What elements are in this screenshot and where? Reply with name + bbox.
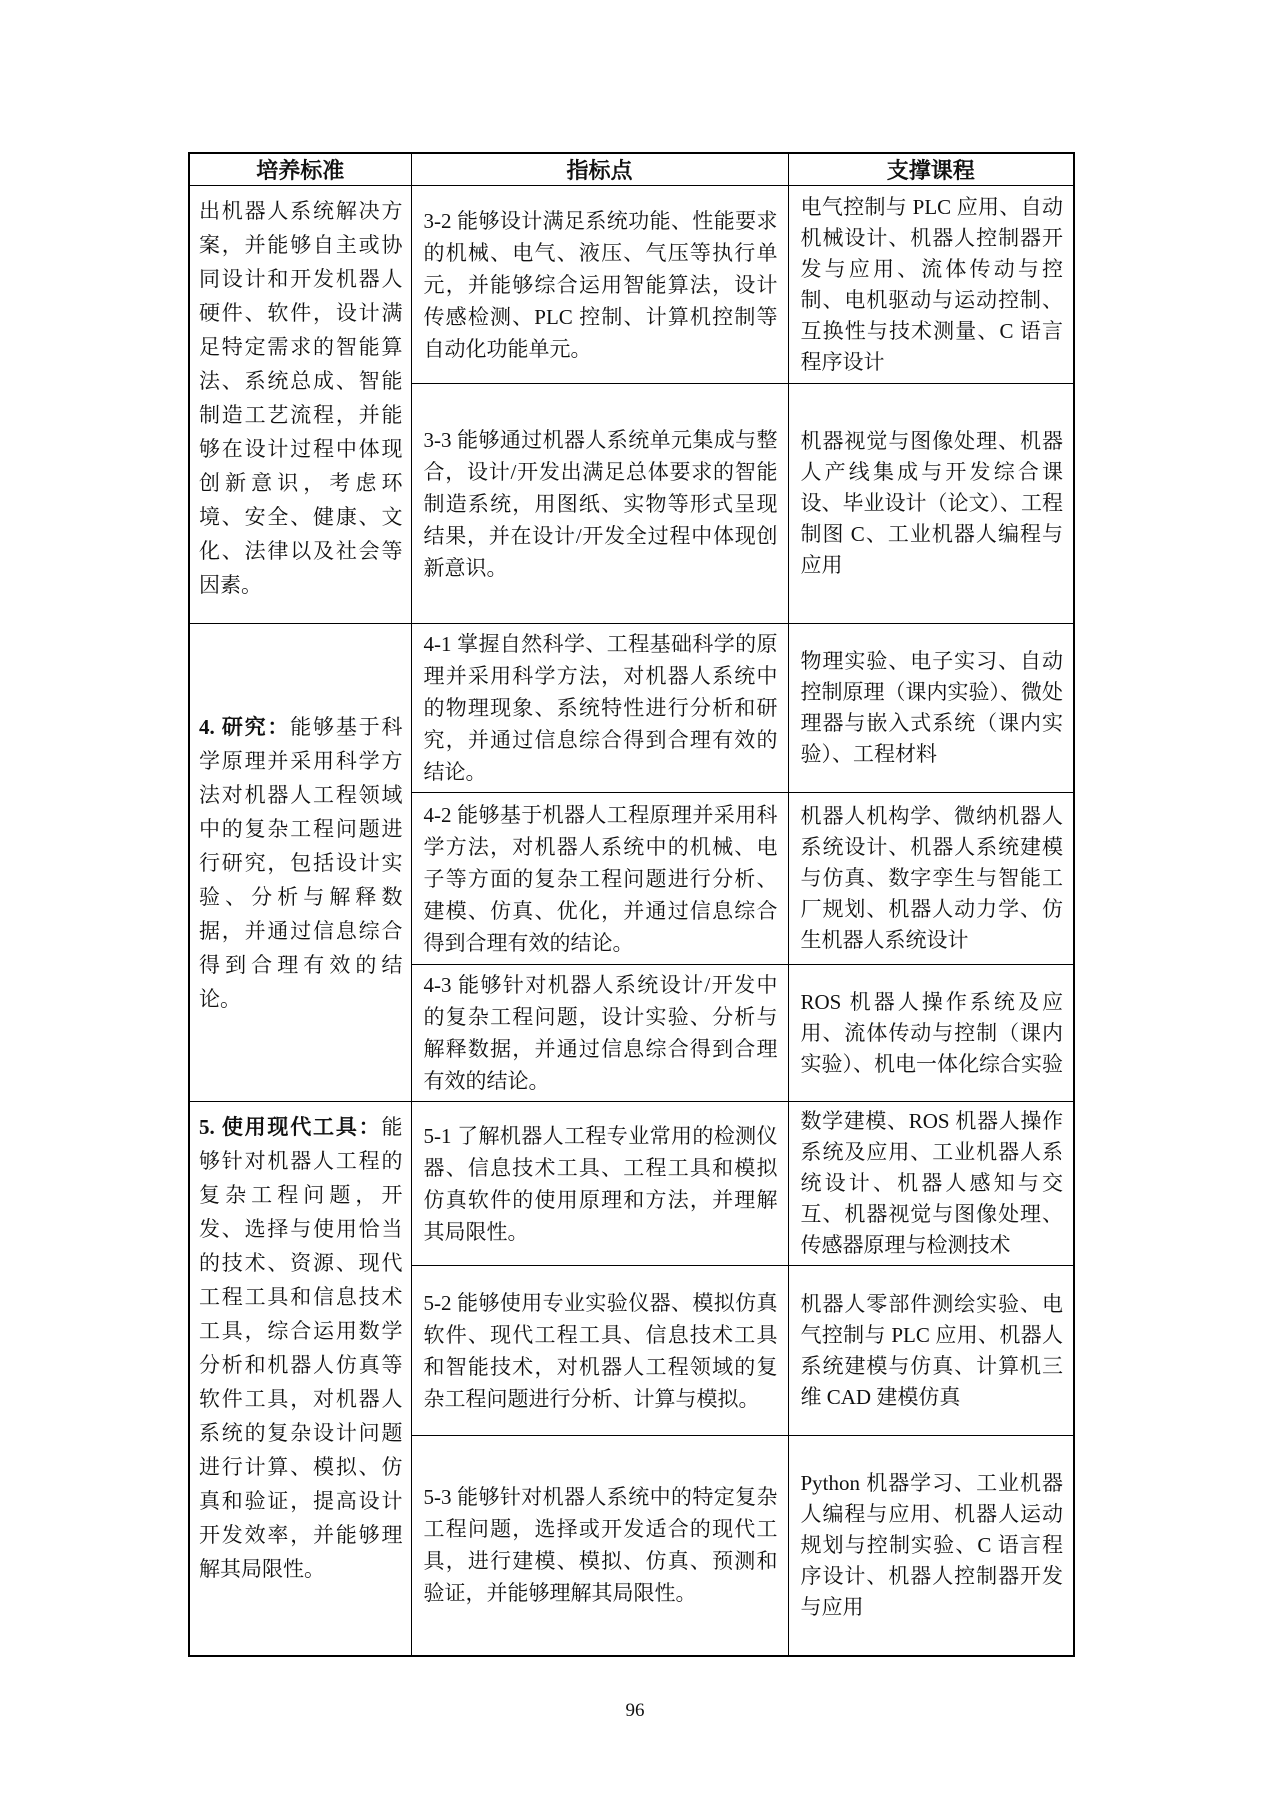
courses-cell-3-3: 机器视觉与图像处理、机器人产线集成与开发综合课设、毕业设计（论文）、工程制图 C…: [788, 384, 1074, 624]
column-header-indicator: 指标点: [411, 153, 788, 186]
column-header-courses: 支撑课程: [788, 153, 1074, 186]
courses-cell-4-1: 物理实验、电子实习、自动控制原理（课内实验）、微处理器与嵌入式系统（课内实验）、…: [788, 624, 1074, 793]
table-row: 4. 研究：能够基于科学原理并采用科学方法对机器人工程领域中的复杂工程问题进行研…: [189, 624, 1074, 793]
indicator-cell-4-1: 4-1 掌握自然科学、工程基础科学的原理并采用科学方法，对机器人系统中的物理现象…: [411, 624, 788, 793]
courses-cell-4-3: ROS 机器人操作系统及应用、流体传动与控制（课内实验）、机电一体化综合实验: [788, 965, 1074, 1102]
standard-text: 能够针对机器人工程的复杂工程问题，开发、选择与使用恰当的技术、资源、现代工程工具…: [199, 1115, 403, 1581]
standard-cell-section5: 5. 使用现代工具：能够针对机器人工程的复杂工程问题，开发、选择与使用恰当的技术…: [189, 1102, 411, 1656]
indicator-cell-5-3: 5-3 能够针对机器人系统中的特定复杂工程问题，选择或开发适合的现代工具，进行建…: [411, 1436, 788, 1656]
indicator-cell-5-2: 5-2 能够使用专业实验仪器、模拟仿真软件、现代工程工具、信息技术工具和智能技术…: [411, 1266, 788, 1436]
courses-cell-4-2: 机器人机构学、微纳机器人系统设计、机器人系统建模与仿真、数字孪生与智能工厂规划、…: [788, 793, 1074, 965]
courses-cell-5-1: 数学建模、ROS 机器人操作系统及应用、工业机器人系统设计、机器人感知与交互、机…: [788, 1102, 1074, 1266]
table-row: 出机器人系统解决方案，并能够自主或协同设计和开发机器人硬件、软件，设计满足特定需…: [189, 186, 1074, 384]
standard-lead: 5. 使用现代工具：: [199, 1115, 382, 1139]
standard-text: 出机器人系统解决方案，并能够自主或协同设计和开发机器人硬件、软件，设计满足特定需…: [199, 199, 403, 597]
indicator-cell-3-2: 3-2 能够设计满足系统功能、性能要求的机械、电气、液压、气压等执行单元，并能够…: [411, 186, 788, 384]
standard-lead: 4. 研究：: [199, 715, 290, 739]
standard-cell-section4: 4. 研究：能够基于科学原理并采用科学方法对机器人工程领域中的复杂工程问题进行研…: [189, 624, 411, 1102]
courses-cell-3-2: 电气控制与 PLC 应用、自动机械设计、机器人控制器开发与应用、流体传动与控制、…: [788, 186, 1074, 384]
indicator-cell-4-2: 4-2 能够基于机器人工程原理并采用科学方法，对机器人系统中的机械、电子等方面的…: [411, 793, 788, 965]
standard-text: 能够基于科学原理并采用科学方法对机器人工程领域中的复杂工程问题进行研究，包括设计…: [199, 715, 403, 1011]
table-row: 5. 使用现代工具：能够针对机器人工程的复杂工程问题，开发、选择与使用恰当的技术…: [189, 1102, 1074, 1266]
indicator-cell-3-3: 3-3 能够通过机器人系统单元集成与整合，设计/开发出满足总体要求的智能制造系统…: [411, 384, 788, 624]
training-standards-table: 培养标准 指标点 支撑课程 出机器人系统解决方案，并能够自主或协同设计和开发机器…: [188, 152, 1075, 1657]
indicator-cell-5-1: 5-1 了解机器人工程专业常用的检测仪器、信息技术工具、工程工具和模拟仿真软件的…: [411, 1102, 788, 1266]
page-number: 96: [0, 1700, 1270, 1722]
courses-cell-5-2: 机器人零部件测绘实验、电气控制与 PLC 应用、机器人系统建模与仿真、计算机三维…: [788, 1266, 1074, 1436]
header-row: 培养标准 指标点 支撑课程: [189, 153, 1074, 186]
column-header-standard: 培养标准: [189, 153, 411, 186]
courses-cell-5-3: Python 机器学习、工业机器人编程与应用、机器人运动规划与控制实验、C 语言…: [788, 1436, 1074, 1656]
standard-cell-section3: 出机器人系统解决方案，并能够自主或协同设计和开发机器人硬件、软件，设计满足特定需…: [189, 186, 411, 624]
indicator-cell-4-3: 4-3 能够针对机器人系统设计/开发中的复杂工程问题，设计实验、分析与解释数据，…: [411, 965, 788, 1102]
